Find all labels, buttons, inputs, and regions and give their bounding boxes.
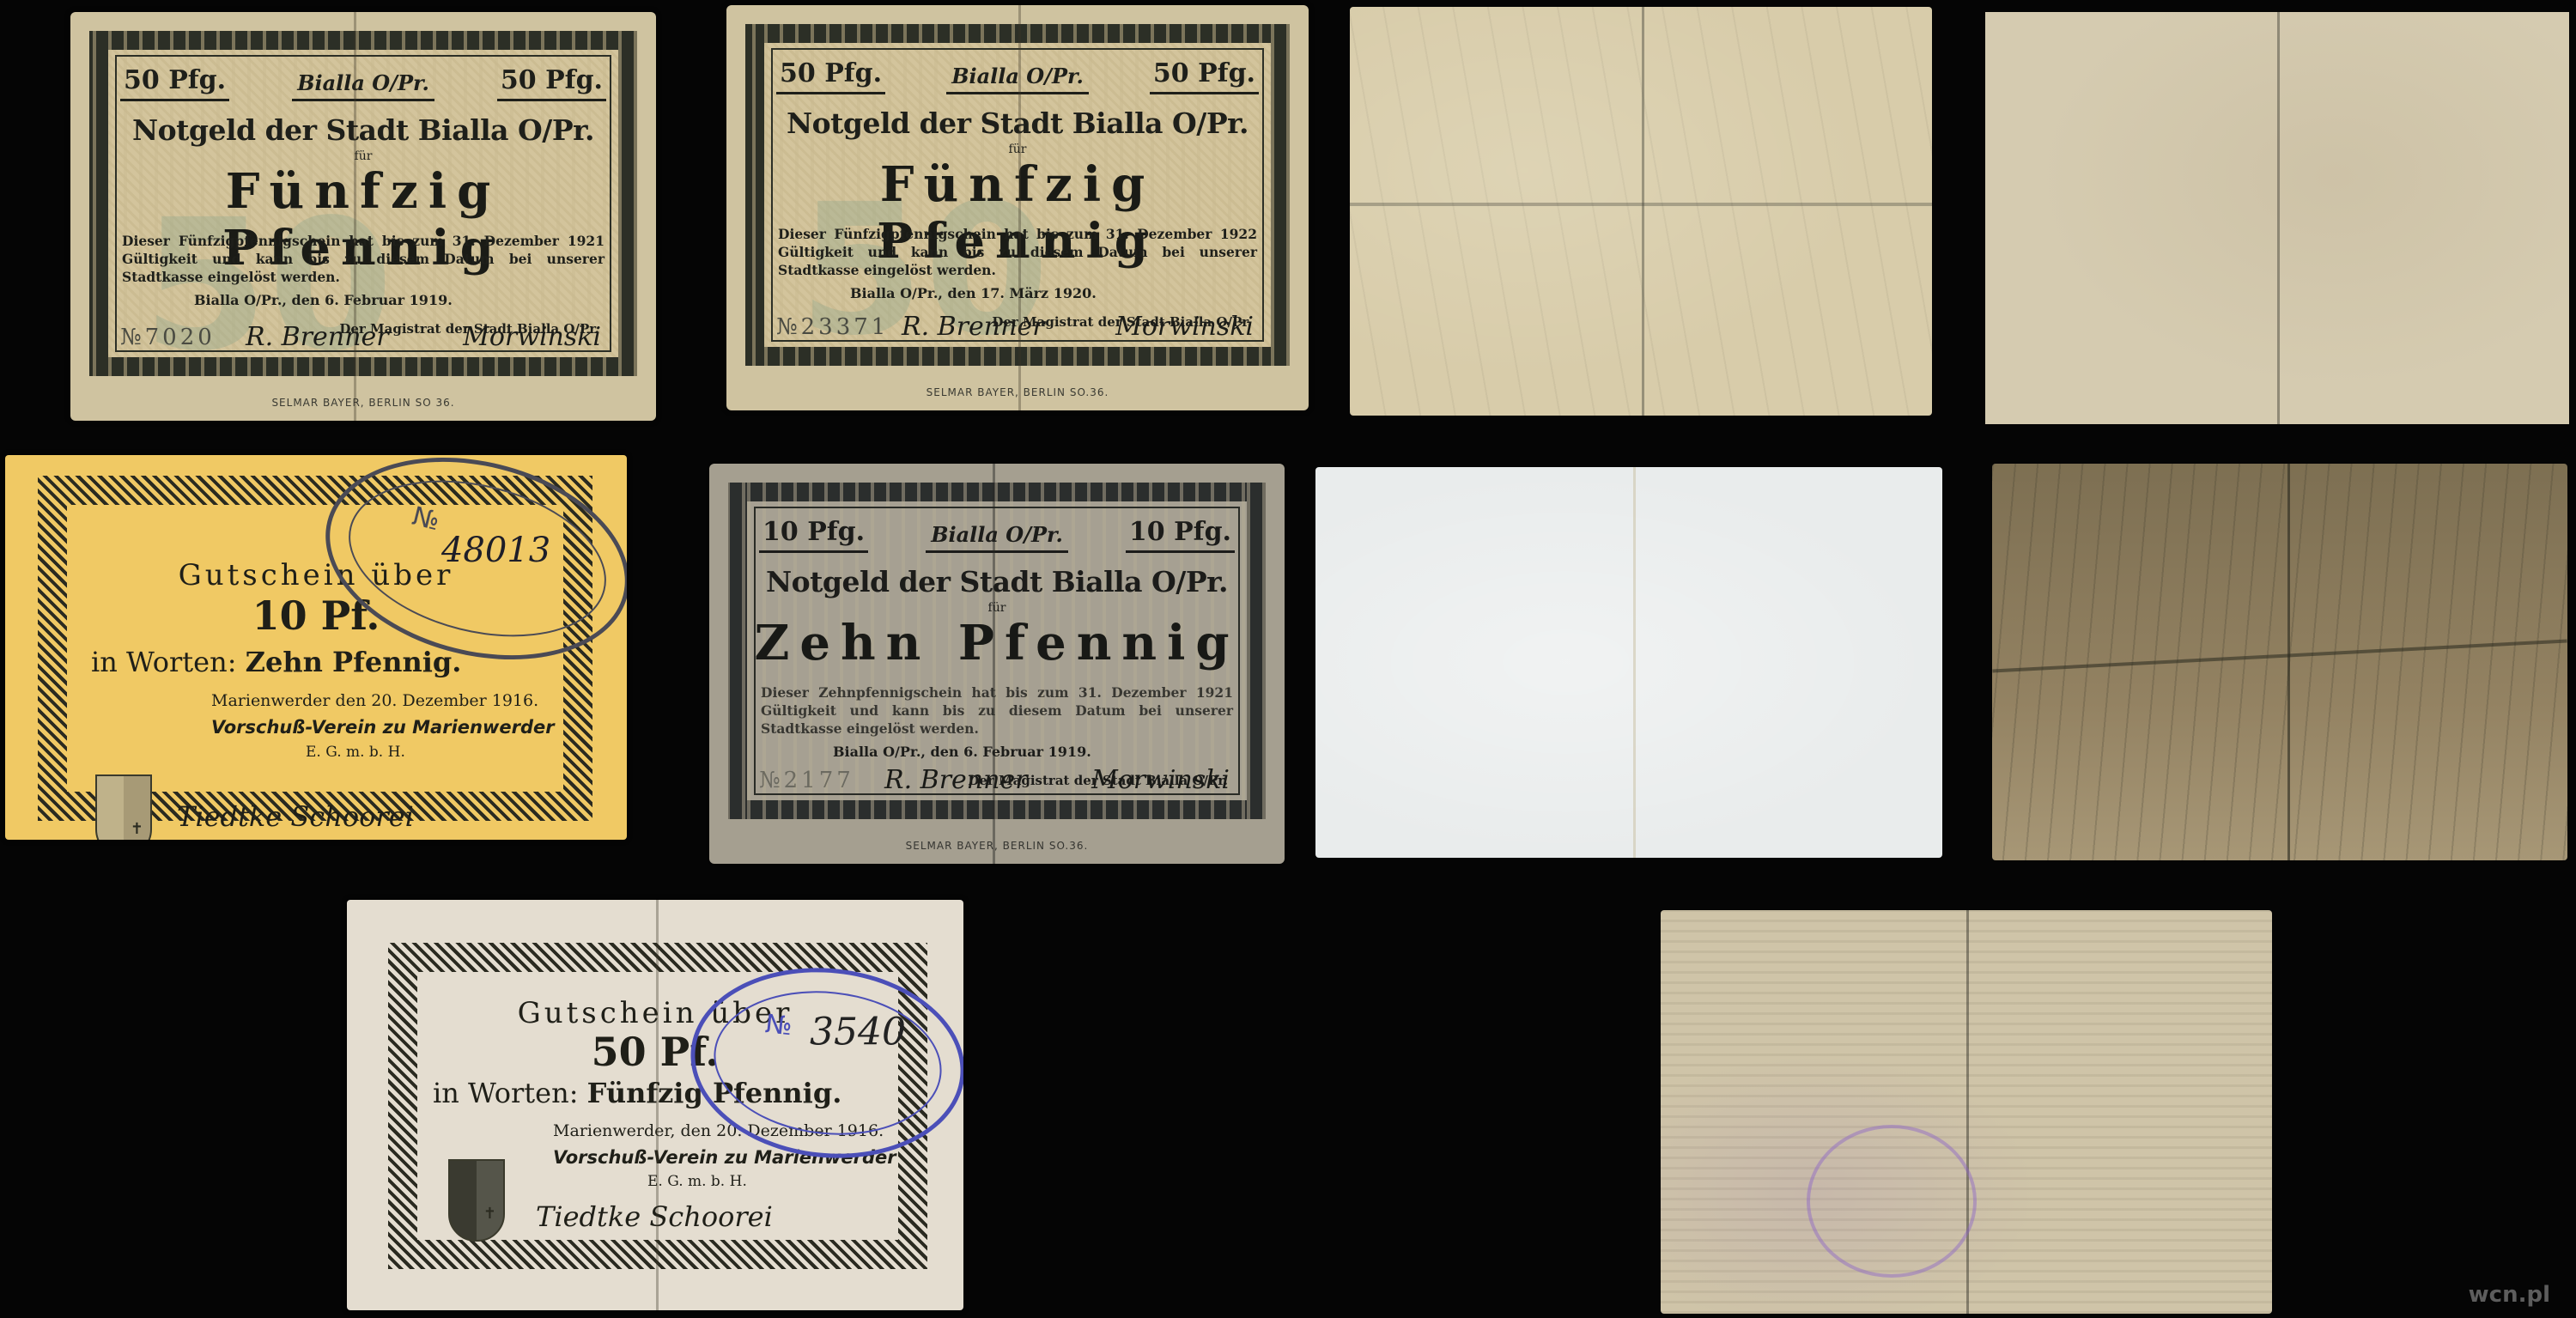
place-header: Bialla O/Pr. — [926, 522, 1068, 553]
legal-form: E. G. m. b. H. — [306, 744, 405, 761]
denomination-left: 10 Pfg. — [759, 517, 868, 553]
validity-text: Dieser Zehnpfennigschein hat bis zum 31.… — [761, 683, 1233, 738]
banknote-bialla-10pfg-1919-front: 10 Pfg. Bialla O/Pr. 10 Pfg. Notgeld der… — [709, 464, 1285, 864]
printer-imprint: SELMAR BAYER, BERLIN SO.36. — [726, 386, 1309, 398]
signatures: R. Brenner Morwinski — [884, 765, 1230, 795]
value-in-words: Zehn Pfennig — [747, 615, 1247, 671]
denomination-right: 50 Pfg. — [497, 65, 606, 101]
validity-text: Dieser Fünfzigpfennigschein hat bis zum … — [778, 225, 1257, 279]
signature-2: Morwinski — [463, 322, 601, 352]
note-title: Notgeld der Stadt Bialla O/Pr. — [764, 106, 1271, 140]
legal-form: E. G. m. b. H. — [647, 1173, 747, 1190]
place-header: Bialla O/Pr. — [292, 70, 434, 101]
words-prefix: in Worten: — [91, 646, 236, 678]
stamp-number: 3540 — [810, 1010, 906, 1054]
banknote-back-bialla-50pfg-1919 — [1350, 7, 1932, 416]
signature-2: Morwinski — [1091, 765, 1230, 795]
denomination-left: 50 Pfg. — [120, 65, 229, 101]
note-title: Notgeld der Stadt Bialla O/Pr. — [108, 113, 618, 147]
place-header: Bialla O/Pr. — [946, 64, 1089, 94]
voucher-marienwerder-50pf-front: Gutschein über 50 Pf. in Worten: Fünfzig… — [347, 900, 963, 1310]
signature-1: R. Brenner — [246, 322, 389, 352]
banknote-bialla-50pfg-1920-front: 50 50 Pfg. Bialla O/Pr. 50 Pfg. Notgeld … — [726, 5, 1309, 410]
violet-stamp-ghost-icon — [1807, 1125, 1977, 1278]
fuer-label: für — [764, 143, 1271, 156]
amount-in-words: in Worten: Zehn Pfennig. — [91, 646, 461, 678]
fuer-label: für — [108, 149, 618, 163]
stamp-no-label: № — [764, 1009, 794, 1042]
note-title: Notgeld der Stadt Bialla O/Pr. — [747, 565, 1247, 598]
printer-imprint: SELMAR BAYER, BERLIN SO 36. — [70, 397, 656, 409]
serial-number: №23371 — [776, 314, 889, 340]
ornamental-border: 10 Pfg. Bialla O/Pr. 10 Pfg. Notgeld der… — [728, 483, 1266, 819]
fuer-label: für — [747, 601, 1247, 615]
serial-number: №7020 — [120, 325, 216, 350]
ornamental-border: 50 50 Pfg. Bialla O/Pr. 50 Pfg. Notgeld … — [89, 31, 637, 376]
banknote-back-bialla-10pfg-1919 — [1992, 464, 2567, 860]
issue-date: Bialla O/Pr., den 6. Februar 1919. — [194, 292, 453, 308]
signature: Tiedtke Schoorei — [177, 800, 414, 833]
issuer: Vorschuß-Verein zu Marienwerder — [211, 717, 555, 738]
printer-imprint: SELMAR BAYER, BERLIN SO.36. — [709, 840, 1285, 852]
signatures: R. Brenner Morwinski — [902, 312, 1254, 342]
words-value: Zehn Pfennig. — [246, 646, 462, 678]
issue-date: Bialla O/Pr., den 6. Februar 1919. — [833, 744, 1091, 760]
banknote-back-marienwerder-10pf — [1315, 467, 1942, 858]
coat-of-arms-icon — [95, 774, 152, 840]
place-date: Marienwerder den 20. Dezember 1916. — [211, 691, 538, 710]
stamp-number: 48013 — [441, 531, 550, 570]
voucher-marienwerder-10pf-front: Gutschein über 10 Pf. in Worten: Zehn Pf… — [5, 455, 627, 840]
signatures: R. Brenner Morwinski — [246, 322, 601, 352]
signature-1: R. Brenner — [902, 312, 1045, 342]
coat-of-arms-icon — [448, 1159, 505, 1242]
banknote-bialla-50pfg-1919-front: 50 50 Pfg. Bialla O/Pr. 50 Pfg. Notgeld … — [70, 12, 656, 421]
denomination-right: 10 Pfg. — [1126, 517, 1235, 553]
signature-2: Morwinski — [1115, 312, 1254, 342]
serial-number: №2177 — [759, 768, 854, 793]
banknote-back-marienwerder-50pf — [1661, 910, 2272, 1314]
signature: Tiedtke Schoorei — [536, 1200, 773, 1233]
words-prefix: in Worten: — [433, 1077, 578, 1109]
issue-date: Bialla O/Pr., den 17. März 1920. — [850, 285, 1097, 301]
validity-text: Dieser Fünfzigpfennigschein hat bis zum … — [122, 232, 605, 286]
watermark: wcn.pl — [2469, 1282, 2550, 1308]
banknote-back-bialla-50pfg-1920 — [1985, 12, 2569, 424]
ornamental-border: 50 50 Pfg. Bialla O/Pr. 50 Pfg. Notgeld … — [745, 24, 1290, 366]
signature-1: R. Brenner — [884, 765, 1028, 795]
denomination-right: 50 Pfg. — [1150, 58, 1259, 94]
denomination-left: 50 Pfg. — [776, 58, 885, 94]
